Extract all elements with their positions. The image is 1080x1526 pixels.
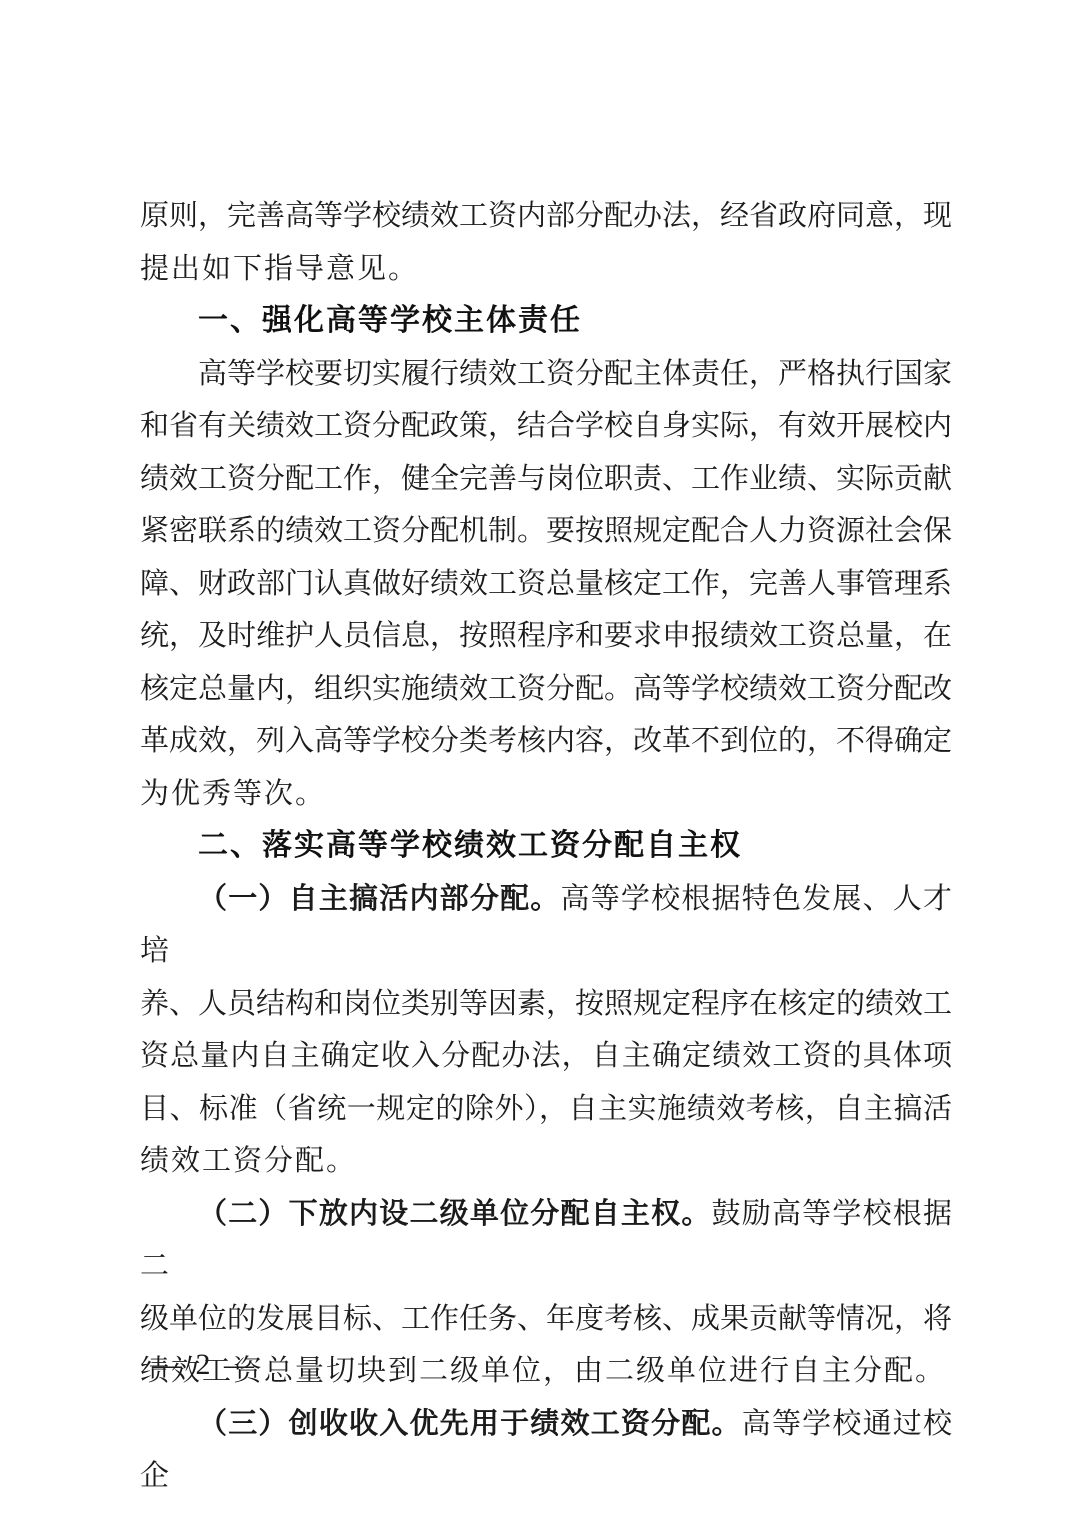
document-page: 原则，完善高等学校绩效工资内部分配办法，经省政府同意，现提出如下指导意见。一、强… [0,0,1080,1526]
text-line: 高等学校要切实履行绩效工资分配主体责任，严格执行国家 [140,348,952,401]
text-line: 紧密联系的绩效工资分配机制。要按照规定配合人力资源社会保 [140,505,952,558]
run-in-heading: （二）下放内设二级单位分配自主权。 [198,1198,712,1230]
text-line: 障、财政部门认真做好绩效工资总量核定工作，完善人事管理系 [140,558,952,611]
text-line: 和省有关绩效工资分配政策，结合学校自身实际，有效开展校内 [140,400,952,453]
text-line: （三）创收收入优先用于绩效工资分配。高等学校通过校企 [140,1398,952,1503]
text-line: 养、人员结构和岗位类别等因素，按照规定程序在核定的绩效工 [140,978,952,1031]
text-line: （一）自主搞活内部分配。高等学校根据特色发展、人才培 [140,873,952,978]
text-line: 绩效工资总量切块到二级单位，由二级单位进行自主分配。 [140,1345,952,1398]
text-line: 革成效，列入高等学校分类考核内容，改革不到位的，不得确定 [140,715,952,768]
text-line: 统，及时维护人员信息，按照程序和要求申报绩效工资总量，在 [140,610,952,663]
text-line: 核定总量内，组织实施绩效工资分配。高等学校绩效工资分配改 [140,663,952,716]
run-in-heading: （三）创收收入优先用于绩效工资分配。 [198,1408,742,1440]
text-line: 原则，完善高等学校绩效工资内部分配办法，经省政府同意，现 [140,190,952,243]
page-number: — 2 — [152,1348,257,1382]
page-body-text: 原则，完善高等学校绩效工资内部分配办法，经省政府同意，现提出如下指导意见。一、强… [140,190,952,1503]
text-line: 资总量内自主确定收入分配办法，自主确定绩效工资的具体项 [140,1030,952,1083]
run-in-heading: （一）自主搞活内部分配。 [198,883,561,915]
section-heading: 一、强化高等学校主体责任 [140,295,952,348]
text-line: 提出如下指导意见。 [140,243,952,296]
section-heading: 二、落实高等学校绩效工资分配自主权 [140,820,952,873]
text-line: 目、标准（省统一规定的除外），自主实施绩效考核，自主搞活 [140,1083,952,1136]
text-line: （二）下放内设二级单位分配自主权。鼓励高等学校根据二 [140,1188,952,1293]
text-line: 级单位的发展目标、工作任务、年度考核、成果贡献等情况，将 [140,1293,952,1346]
text-line: 绩效工资分配。 [140,1135,952,1188]
text-line: 为优秀等次。 [140,768,952,821]
text-line: 绩效工资分配工作，健全完善与岗位职责、工作业绩、实际贡献 [140,453,952,506]
